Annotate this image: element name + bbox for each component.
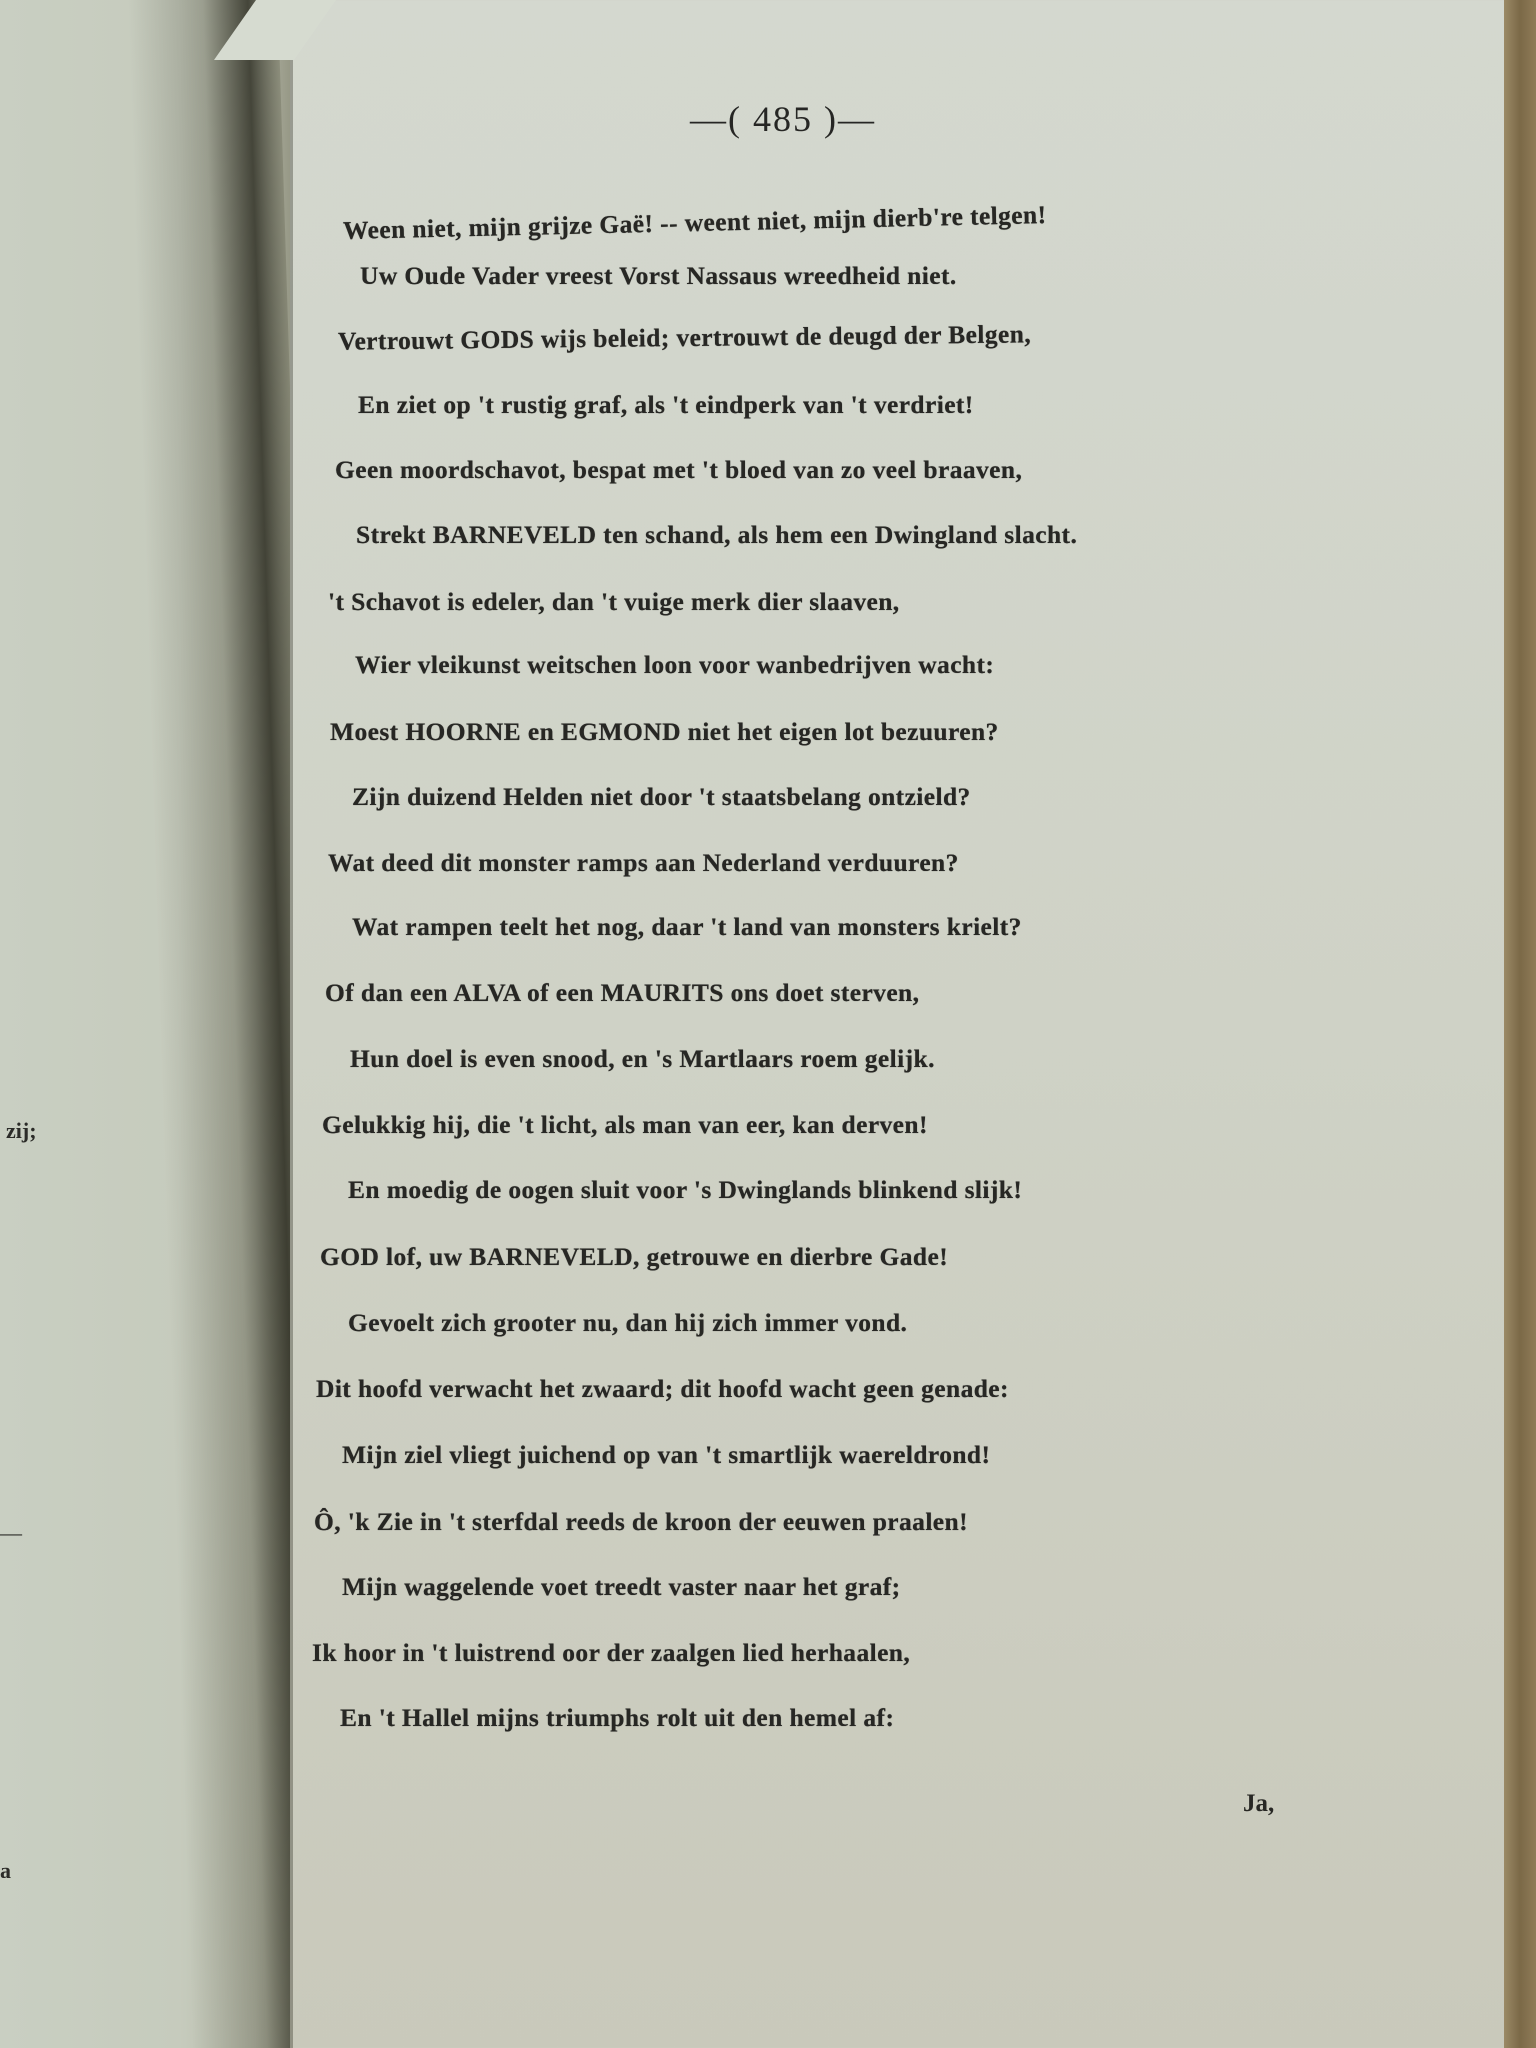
verse-line: Geen moordschavot, bespat met 't bloed v… (335, 455, 1022, 485)
left-page-fragment: zij; (6, 1118, 37, 1144)
verse-line: Mijn ziel vliegt juichend op van 't smar… (342, 1440, 990, 1470)
left-page-fragment: a (0, 1858, 11, 1884)
verse-line: Hun doel is even snood, en 's Martlaars … (350, 1044, 935, 1074)
verse-line: Ik hoor in 't luistrend oor der zaalgen … (312, 1638, 910, 1668)
verse-line: Zijn duizend Helden niet door 't staatsb… (352, 782, 971, 812)
verse-line: En 't Hallel mijns triumphs rolt uit den… (340, 1703, 894, 1733)
verse-line: Uw Oude Vader vreest Vorst Nassaus wreed… (360, 261, 957, 291)
verse-line: Wier vleikunst weitschen loon voor wanbe… (355, 650, 994, 680)
verse-line: Moest HOORNE en EGMOND niet het eigen lo… (330, 717, 999, 747)
verse-line: En ziet op 't rustig graf, als 't eindpe… (358, 390, 974, 420)
verse-line: En moedig de oogen sluit voor 's Dwingla… (348, 1175, 1022, 1205)
catchword: Ja, (1243, 1790, 1274, 1818)
verse-line: Wat rampen teelt het nog, daar 't land v… (352, 912, 1022, 942)
verse-line: Gelukkig hij, die 't licht, als man van … (322, 1110, 928, 1140)
verse-line: GOD lof, uw BARNEVELD, getrouwe en dierb… (320, 1242, 948, 1272)
verse-line: Mijn waggelende voet treedt vaster naar … (342, 1572, 901, 1602)
verse-line: Ô, 'k Zie in 't sterfdal reeds de kroon … (314, 1507, 968, 1537)
page-number: —( 485 )— (690, 98, 876, 140)
right-page (290, 0, 1508, 2048)
verse-line: Wat deed dit monster ramps aan Nederland… (328, 848, 959, 878)
verse-line: 't Schavot is edeler, dan 't vuige merk … (328, 587, 900, 617)
verse-line: Strekt BARNEVELD ten schand, als hem een… (356, 520, 1077, 550)
verse-line: Gevoelt zich grooter nu, dan hij zich im… (348, 1308, 907, 1338)
verse-line: Of dan een ALVA of een MAURITS ons doet … (325, 978, 919, 1008)
left-page-fragment: — (0, 1520, 22, 1546)
verse-line: Dit hoofd verwacht het zwaard; dit hoofd… (316, 1374, 1009, 1404)
book-edge (1504, 0, 1536, 2048)
